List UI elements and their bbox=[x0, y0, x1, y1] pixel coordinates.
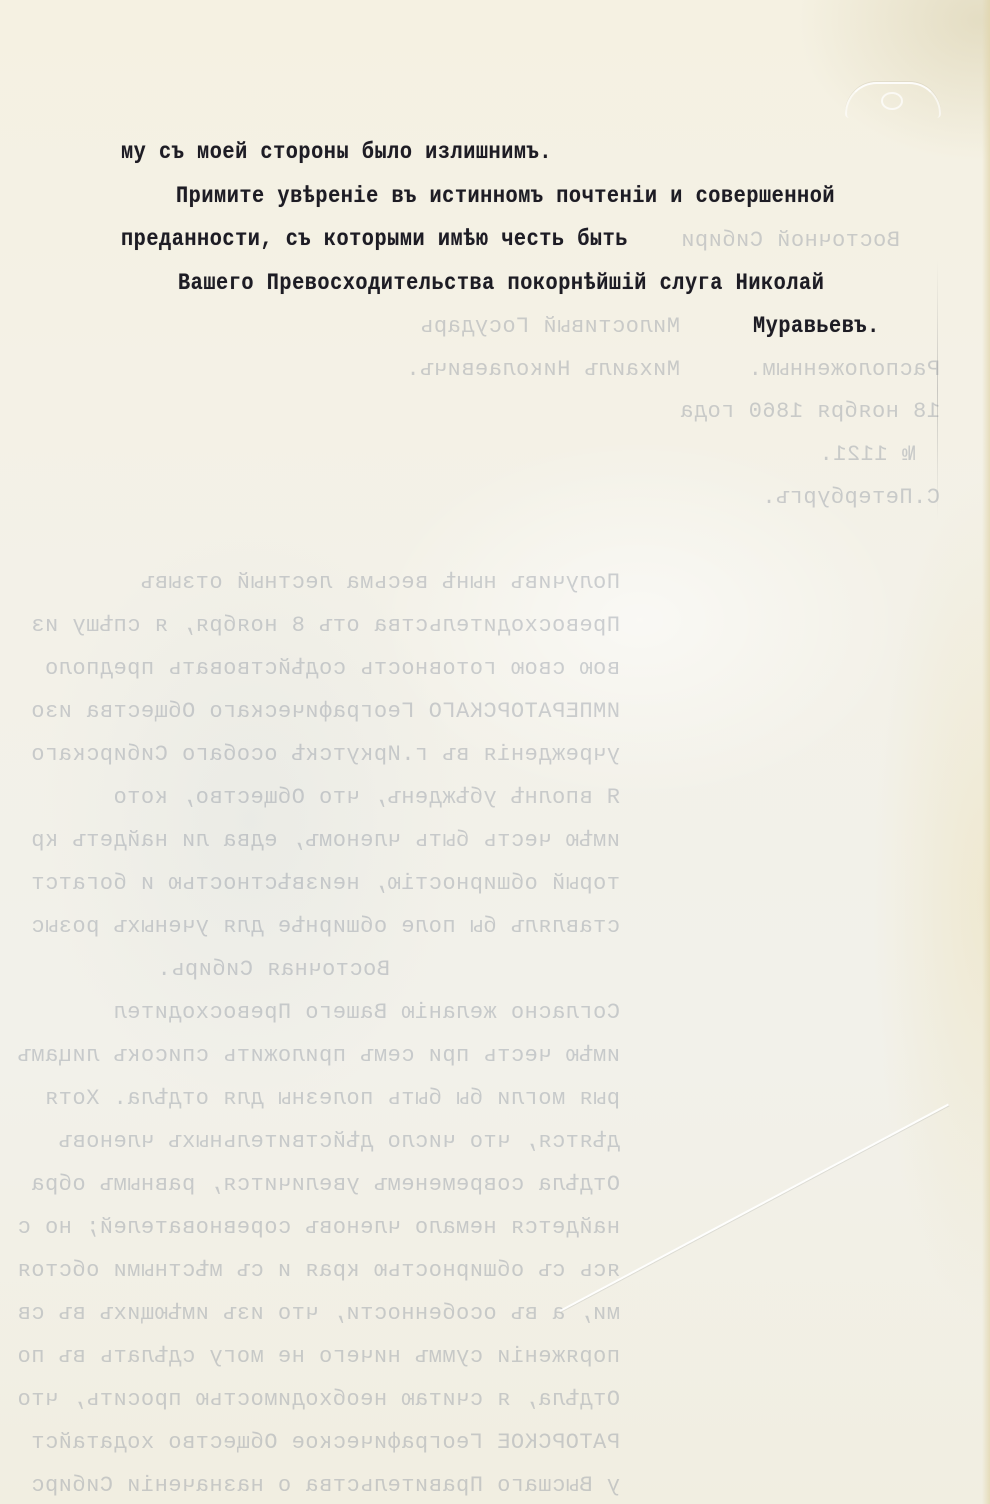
show-through-line: ясь съ обширностью края и съ мѣстными об… bbox=[17, 1258, 620, 1283]
show-through-line: № 1121. bbox=[819, 442, 915, 467]
show-through-line: поряженіи суммъ ничего не могу сдѣлать в… bbox=[17, 1344, 620, 1369]
show-through-line: дѣятся, что число дѣйствительныхъ членов… bbox=[58, 1129, 620, 1154]
letter-text-line: му съ моей стороны было излишнимъ. bbox=[121, 137, 552, 167]
show-through-line: Согласно желанію Вашего Превосходител bbox=[113, 1000, 620, 1025]
show-through-line: торый обширностію, неизвѣстностью и бога… bbox=[31, 871, 620, 896]
show-through-line: Превосходительства отъ 8 ноября, я спѣшу… bbox=[31, 613, 620, 638]
show-through-line: имѣю честь при семъ приложить списокъ ли… bbox=[17, 1043, 620, 1068]
paper-edge bbox=[982, 0, 990, 1504]
show-through-line: Расположенным. bbox=[748, 357, 940, 382]
signature-surname: Муравьевъ. bbox=[753, 311, 880, 341]
margin-scratch bbox=[937, 260, 938, 520]
closing-salutation-line: преданности, съ которыми имѣю честь быть bbox=[121, 224, 628, 254]
show-through-line: РАТОРСКОЕ Географическое Общество ходата… bbox=[31, 1430, 620, 1455]
show-through-line: Я вполнѣ убѣжденъ, что Общество, кото bbox=[113, 785, 620, 810]
show-through-line: ИМПЕРАТОРСКАГО Географическаго Общества … bbox=[31, 699, 620, 724]
show-through-line: Милостивый Государь bbox=[420, 314, 680, 339]
show-through-line: 18 ноября 1860 года bbox=[680, 399, 940, 424]
show-through-line: С.Петербургъ. bbox=[762, 485, 940, 510]
show-through-line: ставлялъ бы поле обширнѣе для ученыхъ ро… bbox=[31, 914, 620, 939]
show-through-line: имѣю честь быть членомъ, едва ли найдетъ… bbox=[31, 828, 620, 853]
show-through-line: Отдѣла, я считаю необходимостью просить,… bbox=[17, 1387, 620, 1412]
show-through-line: учрежденія въ г.Иркутскѣ особаго Сибирск… bbox=[31, 742, 620, 767]
show-through-line: рыя могли бы быть полезны для отдѣла. Хо… bbox=[45, 1086, 621, 1111]
show-through-line: Восточная Сибирь. bbox=[157, 957, 390, 982]
show-through-line: Восточной Сибири bbox=[681, 228, 900, 253]
show-through-line: вою свою готовность содѣйствовать предпо… bbox=[45, 656, 621, 681]
show-through-line: найдется немало членовъ соревнователей; … bbox=[17, 1215, 620, 1240]
signature-title-line: Вашего Превосходительства покорнѣйшій сл… bbox=[178, 268, 824, 298]
embossed-seal-icon bbox=[845, 82, 941, 118]
show-through-line: у Высшаго Правительства о назначеніи Сиб… bbox=[31, 1473, 620, 1498]
paper-crease bbox=[560, 1104, 949, 1312]
show-through-line: Получивъ нынѣ весьма лестный отзывъ bbox=[140, 570, 620, 595]
show-through-line: ми, а въ особенности, что изъ имѣющихъ в… bbox=[17, 1301, 620, 1326]
document-page: Восточной Сибири Милостивый Государь Рас… bbox=[0, 0, 990, 1504]
show-through-line: Отдѣла современемъ увеличится, равнымъ о… bbox=[31, 1172, 620, 1197]
show-through-line: Михаилъ Николаевичъ. bbox=[406, 357, 680, 382]
closing-salutation-line: Примите увѣреніе въ истинномъ почтеніи и… bbox=[176, 181, 835, 211]
